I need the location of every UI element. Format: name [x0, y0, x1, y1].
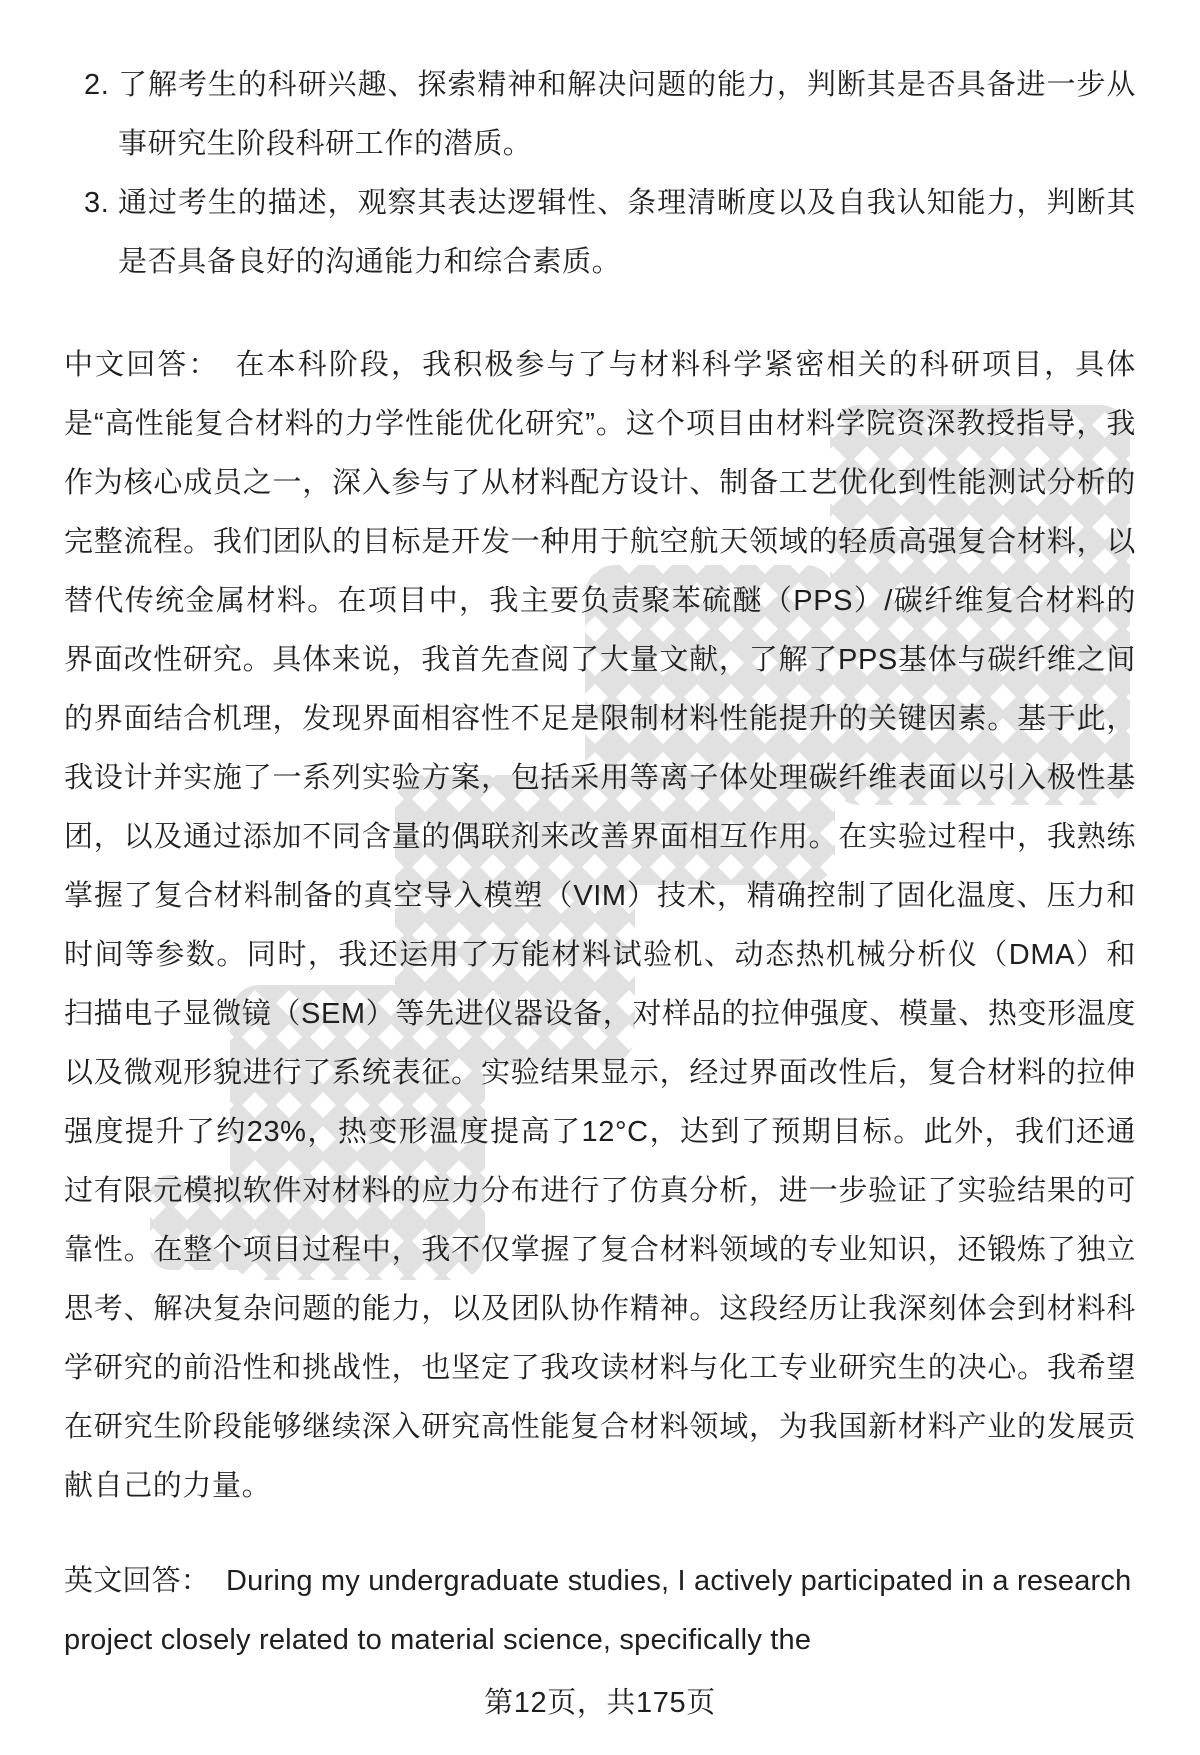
list-item-3: 3. 通过考生的描述，观察其表达逻辑性、条理清晰度以及自我认知能力，判断其是否具…	[64, 174, 1136, 292]
list-item-2-text: 了解考生的科研兴趣、探索精神和解决问题的能力，判断其是否具备进一步从事研究生阶段…	[118, 56, 1136, 174]
page-content: 2. 了解考生的科研兴趣、探索精神和解决问题的能力，判断其是否具备进一步从事研究…	[0, 0, 1200, 1670]
chinese-answer-text: 在本科阶段，我积极参与了与材料科学紧密相关的科研项目，具体是“高性能复合材料的力…	[64, 349, 1136, 1502]
list-item-2: 2. 了解考生的科研兴趣、探索精神和解决问题的能力，判断其是否具备进一步从事研究…	[64, 56, 1136, 174]
page-number-footer: 第12页，共175页	[0, 1680, 1200, 1721]
english-answer-text: During my undergraduate studies, I activ…	[64, 1565, 1131, 1656]
list-item-3-text: 通过考生的描述，观察其表达逻辑性、条理清晰度以及自我认知能力，判断其是否具备良好…	[118, 174, 1136, 292]
chinese-answer-paragraph: 中文回答：在本科阶段，我积极参与了与材料科学紧密相关的科研项目，具体是“高性能复…	[64, 336, 1136, 1516]
chinese-answer-label: 中文回答：	[64, 349, 220, 381]
english-answer-paragraph: 英文回答：During my undergraduate studies, I …	[64, 1552, 1136, 1670]
list-item-2-number: 2.	[84, 56, 118, 115]
list-item-3-number: 3.	[84, 174, 118, 233]
document-page: 2. 了解考生的科研兴趣、探索精神和解决问题的能力，判断其是否具备进一步从事研究…	[0, 0, 1200, 1755]
english-answer-label: 英文回答：	[64, 1565, 210, 1597]
